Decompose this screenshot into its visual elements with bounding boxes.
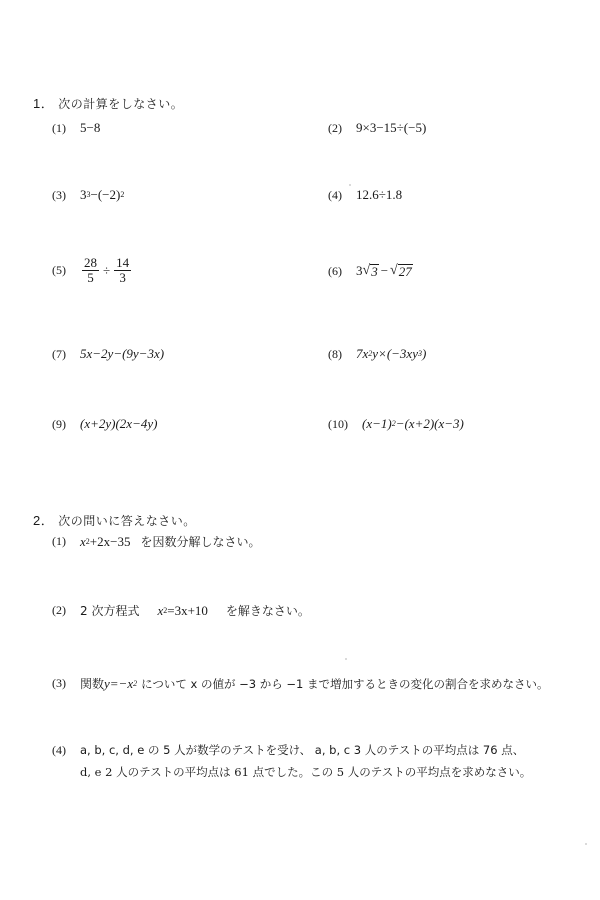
variable: x: [80, 534, 86, 550]
scan-speck: [345, 658, 347, 660]
problem-1-3: (3) 33−(−2)2: [52, 187, 124, 203]
problem-label: (1): [52, 121, 80, 136]
problem-1-7: (7) 5x−2y−(9y−3x): [52, 346, 164, 362]
problem-prefix: 関数: [80, 675, 104, 692]
problem-label: (9): [52, 417, 80, 432]
problem-expression: 9×3−15÷(−5): [356, 120, 426, 136]
term: y=−x: [104, 676, 133, 692]
problem-label: (3): [52, 676, 80, 691]
problem-instruction: を解きなさい。: [226, 602, 310, 619]
worksheet-page: 1．次の計算をしなさい。 (1) 5−8 (2) 9×3−15÷(−5) (3)…: [0, 0, 600, 900]
problem-2-3: (3) 関数 y=−x2 について x の値が −3 から −1 まで増加すると…: [52, 675, 549, 692]
problem-1-9: (9) (x+2y)(2x−4y): [52, 416, 157, 432]
fraction: 28 5: [82, 256, 99, 285]
problem-label: (10): [328, 417, 362, 432]
problem-2-4: (4) a, b, c, d, e の 5 人が数学のテストを受け、 a, b,…: [52, 742, 524, 758]
square-root: √3: [363, 263, 379, 279]
problem-label: (4): [328, 188, 356, 203]
problem-instruction: を因数分解しなさい。: [140, 533, 260, 550]
problem-label: (3): [52, 188, 80, 203]
problem-1-5: (5) 28 5 ÷ 14 3: [52, 256, 133, 285]
problem-expression: 3 √3 − √27: [356, 263, 413, 279]
problem-label: (5): [52, 263, 80, 278]
problem-prefix: 2 次方程式: [80, 602, 139, 619]
section-2-number: 2．: [33, 513, 54, 528]
base: 3: [80, 187, 87, 203]
radical-sign-icon: √: [390, 263, 398, 279]
radical-sign-icon: √: [363, 263, 371, 279]
operator: −: [381, 263, 388, 279]
problem-expression: y=−x2: [104, 676, 137, 692]
term: y×(−3xy: [372, 346, 418, 362]
fraction: 14 3: [114, 256, 131, 285]
problem-label: (2): [52, 603, 80, 618]
denominator: 3: [117, 271, 128, 285]
numerator: 28: [82, 256, 99, 271]
problem-expression: 5−8: [80, 120, 100, 136]
problem-expression: 5x−2y−(9y−3x): [80, 346, 164, 362]
problem-label: (6): [328, 264, 356, 279]
problem-1-2: (2) 9×3−15÷(−5): [328, 120, 426, 136]
section-1-title: 次の計算をしなさい。: [58, 97, 183, 111]
problem-text-line-1: a, b, c, d, e の 5 人が数学のテストを受け、 a, b, c 3…: [80, 742, 524, 758]
section-1-number: 1．: [33, 96, 54, 111]
scan-speck: [585, 843, 587, 845]
problem-expression: (x−1)2−(x+2)(x−3): [362, 416, 464, 432]
problem-label: (7): [52, 347, 80, 362]
term: =3x+10: [167, 603, 208, 619]
problem-2-2: (2) 2 次方程式 x2=3x+10 を解きなさい。: [52, 602, 310, 619]
problem-instruction: について x の値が −3 から −1 まで増加するときの変化の割合を求めなさい…: [141, 676, 548, 692]
problem-label: (2): [328, 121, 356, 136]
denominator: 5: [85, 271, 96, 285]
problem-1-10: (10) (x−1)2−(x+2)(x−3): [328, 416, 464, 432]
term: −(x+2)(x−3): [396, 416, 464, 432]
term: ): [422, 346, 426, 362]
middle: −(−2): [91, 187, 121, 203]
square-root: √27: [390, 263, 413, 279]
problem-expression: 7x2y×(−3xy3): [356, 346, 426, 362]
term: 7x: [356, 346, 368, 362]
problem-expression: (x+2y)(2x−4y): [80, 416, 157, 432]
problem-1-4: (4) 12.6÷1.8: [328, 187, 402, 203]
problem-1-6: (6) 3 √3 − √27: [328, 263, 413, 279]
problem-1-8: (8) 7x2y×(−3xy3): [328, 346, 426, 362]
problem-2-1: (1) x2+2x−35 を因数分解しなさい。: [52, 533, 260, 550]
problem-expression: x2+2x−35: [80, 534, 130, 550]
problem-expression: 12.6÷1.8: [356, 187, 402, 203]
problem-label: (4): [52, 743, 80, 758]
problem-1-1: (1) 5−8: [52, 120, 100, 136]
section-2-heading: 2．次の問いに答えなさい。: [33, 510, 196, 529]
numerator: 14: [114, 256, 131, 271]
problem-text-line-2: d, e 2 人のテストの平均点は 61 点でした。この 5 人のテストの平均点…: [80, 764, 531, 780]
scan-speck: [349, 184, 351, 186]
section-2-title: 次の問いに答えなさい。: [58, 514, 196, 528]
radicand: 27: [398, 264, 413, 279]
problem-label: (1): [52, 534, 80, 549]
problem-expression: 33−(−2)2: [80, 187, 124, 203]
term: +2x−35: [90, 534, 131, 550]
radicand: 3: [370, 264, 379, 279]
term: (x−1): [362, 416, 392, 432]
operator: ÷: [103, 263, 110, 279]
problem-expression: 28 5 ÷ 14 3: [80, 256, 133, 285]
problem-label: (8): [328, 347, 356, 362]
section-1-heading: 1．次の計算をしなさい。: [33, 93, 183, 112]
problem-expression: x2=3x+10: [157, 603, 207, 619]
